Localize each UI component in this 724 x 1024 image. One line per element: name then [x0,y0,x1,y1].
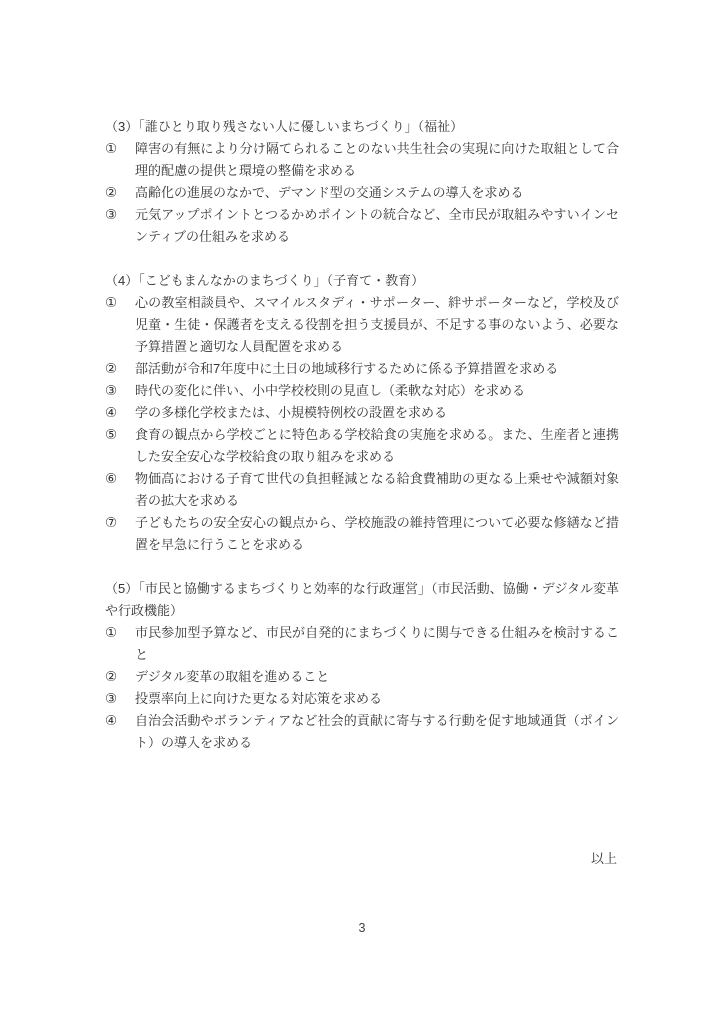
item-marker: ⑦ [105,512,135,534]
item-text: 部活動が令和7年度中に土日の地域移行するために係る予算措置を求める [135,358,619,380]
section-4-children-education: （4）「こどもまんなかのまちづくり」（子育て・教育） ① 心の教室相談員や、スマ… [105,270,619,556]
section-heading: （4）「こどもまんなかのまちづくり」（子育て・教育） [105,270,619,292]
item-marker: ① [105,292,135,314]
item-marker: ② [105,358,135,380]
list-item: ② デジタル変革の取組を進めること [105,666,619,688]
item-text: 食育の観点から学校ごとに特色ある学校給食の実施を求める。また、生産者と連携した安… [135,424,619,468]
item-marker: ② [105,666,135,688]
list-item: ④ 自治会活動やボランティアなど社会的貢献に寄与する行動を促す地域通貨（ポイント… [105,710,619,754]
list-item: ⑥ 物価高における子育て世代の負担軽減となる給食費補助の更なる上乗せや減額対象者… [105,468,619,512]
item-marker: ② [105,182,135,204]
item-text: デジタル変革の取組を進めること [135,666,619,688]
closing-text: 以上 [105,848,619,870]
list-item: ① 市民参加型予算など、市民が自発的にまちづくりに関与できる仕組みを検討すること [105,622,619,666]
item-text: 自治会活動やボランティアなど社会的貢献に寄与する行動を促す地域通貨（ポイント）の… [135,710,619,754]
item-text: 学の多様化学校または、小規模特例校の設置を求める [135,402,619,424]
item-marker: ④ [105,402,135,424]
document-content: （3）「誰ひとり取り残さない人に優しいまちづくり」（福祉） ① 障害の有無により… [105,116,619,939]
item-text: 物価高における子育て世代の負担軽減となる給食費補助の更なる上乗せや減額対象者の拡… [135,468,619,512]
list-item: ② 部活動が令和7年度中に土日の地域移行するために係る予算措置を求める [105,358,619,380]
item-text: 心の教室相談員や、スマイルスタディ・サポーター、絆サポーターなど，学校及び児童・… [135,292,619,358]
item-marker: ⑥ [105,468,135,490]
item-marker: ⑤ [105,424,135,446]
list-item: ④ 学の多様化学校または、小規模特例校の設置を求める [105,402,619,424]
item-text: 子どもたちの安全安心の観点から、学校施設の維持管理について必要な修繕など措置を早… [135,512,619,556]
item-marker: ① [105,138,135,160]
list-item: ⑤ 食育の観点から学校ごとに特色ある学校給食の実施を求める。また、生産者と連携し… [105,424,619,468]
section-heading: （3）「誰ひとり取り残さない人に優しいまちづくり」（福祉） [105,116,619,138]
list-item: ② 高齢化の進展のなかで、デマンド型の交通システムの導入を求める [105,182,619,204]
item-marker: ③ [105,204,135,226]
list-item: ① 心の教室相談員や、スマイルスタディ・サポーター、絆サポーターなど，学校及び児… [105,292,619,358]
list-item: ③ 時代の変化に伴い、小中学校校則の見直し（柔軟な対応）を求める [105,380,619,402]
document-page: （3）「誰ひとり取り残さない人に優しいまちづくり」（福祉） ① 障害の有無により… [0,0,724,1024]
item-text: 元気アップポイントとつるかめポイントの統合など、全市民が取組みやすいインセンティ… [135,204,619,248]
item-marker: ① [105,622,135,644]
item-text: 市民参加型予算など、市民が自発的にまちづくりに関与できる仕組みを検討すること [135,622,619,666]
page-number: 3 [105,917,619,939]
list-item: ③ 元気アップポイントとつるかめポイントの統合など、全市民が取組みやすいインセン… [105,204,619,248]
item-marker: ④ [105,710,135,732]
item-text: 障害の有無により分け隔てられることのない共生社会の実現に向けた取組として合理的配… [135,138,619,182]
item-text: 時代の変化に伴い、小中学校校則の見直し（柔軟な対応）を求める [135,380,619,402]
item-text: 投票率向上に向けた更なる対応策を求める [135,688,619,710]
section-heading: （5）「市民と協働するまちづくりと効率的な行政運営」（市民活動、協働・デジタル変… [105,578,619,622]
item-marker: ③ [105,688,135,710]
item-text: 高齢化の進展のなかで、デマンド型の交通システムの導入を求める [135,182,619,204]
item-marker: ③ [105,380,135,402]
list-item: ⑦ 子どもたちの安全安心の観点から、学校施設の維持管理について必要な修繕など措置… [105,512,619,556]
section-3-welfare: （3）「誰ひとり取り残さない人に優しいまちづくり」（福祉） ① 障害の有無により… [105,116,619,248]
section-5-collaboration-admin: （5）「市民と協働するまちづくりと効率的な行政運営」（市民活動、協働・デジタル変… [105,578,619,754]
list-item: ① 障害の有無により分け隔てられることのない共生社会の実現に向けた取組として合理… [105,138,619,182]
list-item: ③ 投票率向上に向けた更なる対応策を求める [105,688,619,710]
